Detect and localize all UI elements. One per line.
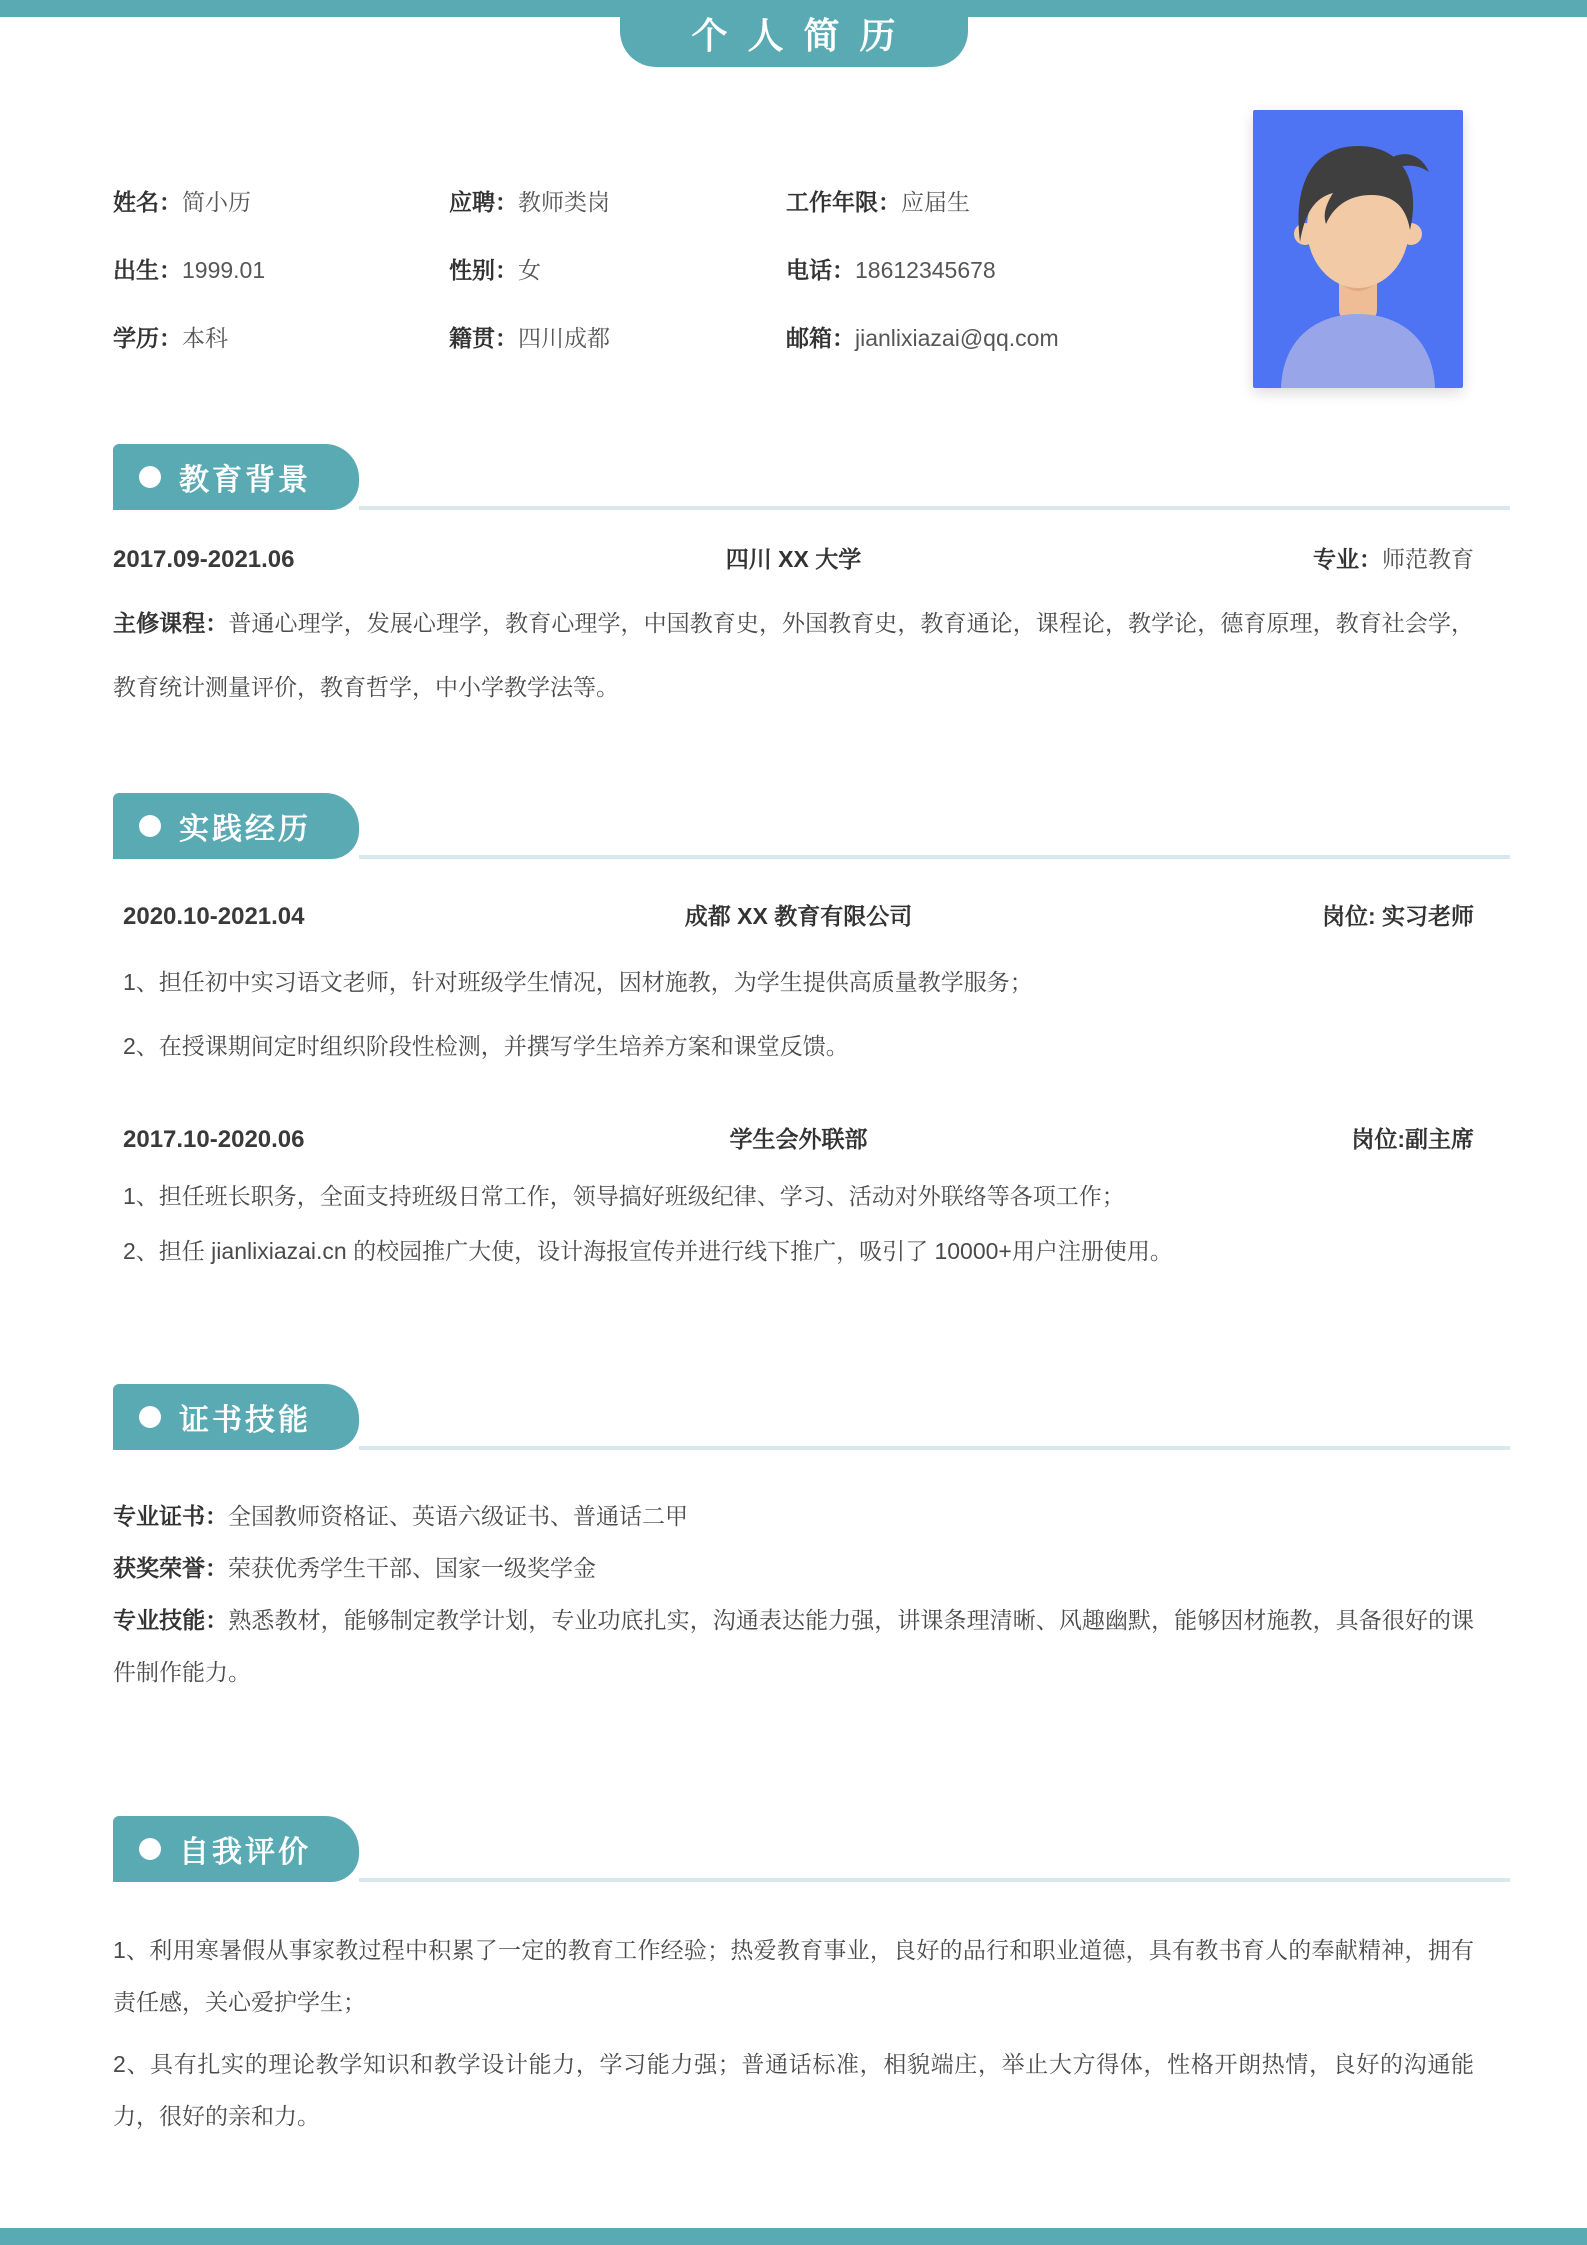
certificate-item-label: 专业证书：: [113, 1503, 228, 1529]
field-phone-label: 电话：: [786, 257, 855, 283]
experience-entry: 2017.10-2020.06 学生会外联部 岗位:副主席 1、担任班长职务，全…: [113, 1124, 1474, 1279]
certificate-item: 获奖荣誉：荣获优秀学生干部、国家一级奖学金: [113, 1542, 1474, 1594]
field-hometown-value: 四川成都: [518, 325, 610, 351]
field-work-years-value: 应届生: [901, 189, 970, 215]
section-evaluation-title: 自我评价: [179, 1827, 311, 1871]
section-experience-title: 实践经历: [179, 804, 311, 848]
certificates-list: 专业证书：全国教师资格证、英语六级证书、普通话二甲 获奖荣誉：荣获优秀学生干部、…: [113, 1490, 1474, 1698]
experience-2-bullet: 2、担任 jianlixiazai.cn 的校园推广大使，设计海报宣传并进行线下…: [123, 1224, 1474, 1279]
experience-2-bullets: 1、担任班长职务，全面支持班级日常工作，领导搞好班级纪律、学习、活动对外联络等各…: [123, 1169, 1474, 1279]
field-work-years-label: 工作年限：: [786, 189, 901, 215]
certificate-item: 专业技能：熟悉教材，能够制定教学计划，专业功底扎实，沟通表达能力强，讲课条理清晰…: [113, 1594, 1474, 1698]
section-certificates-header: 证书技能: [113, 1384, 1510, 1450]
field-hometown-label: 籍贯：: [449, 325, 518, 351]
section-bullet-icon: [139, 1406, 161, 1428]
section-certificates-title-box: 证书技能: [113, 1384, 359, 1450]
resume-page: 个人简历 姓名：简小历 应聘：教师类岗 工作年限：应届生 出生：1999.01 …: [0, 0, 1587, 2142]
bottom-border: [0, 2228, 1587, 2245]
avatar-illustration-icon: [1253, 110, 1463, 388]
experience-2-position: 岗位:副主席: [1351, 1124, 1474, 1154]
education-major-label: 专业：: [1313, 546, 1382, 572]
page-title: 个人简历: [619, 0, 967, 67]
education-school: 四川 XX 大学: [726, 544, 861, 574]
section-education-title: 教育背景: [179, 455, 311, 499]
section-divider-line: [359, 506, 1510, 510]
education-meta-row: 2017.09-2021.06 四川 XX 大学 专业：师范教育: [113, 544, 1474, 575]
experience-2-period: 2017.10-2020.06: [123, 1125, 730, 1155]
education-period: 2017.09-2021.06: [113, 545, 726, 575]
certificate-item-text: 荣获优秀学生干部、国家一级奖学金: [228, 1555, 596, 1581]
experience-1-bullet: 2、在授课期间定时组织阶段性检测，并撰写学生培养方案和课堂反馈。: [123, 1014, 1474, 1078]
section-education-title-box: 教育背景: [113, 444, 359, 510]
experience-2-meta-row: 2017.10-2020.06 学生会外联部 岗位:副主席: [123, 1124, 1474, 1155]
education-courses-label: 主修课程：: [113, 610, 228, 636]
education-courses-text: 普通心理学，发展心理学，教育心理学，中国教育史，外国教育史，教育通论，课程论，教…: [113, 610, 1474, 700]
experience-1-position: 岗位: 实习老师: [1322, 901, 1474, 931]
section-bullet-icon: [139, 1838, 161, 1860]
experience-2-organization: 学生会外联部: [730, 1124, 868, 1154]
education-courses: 主修课程：普通心理学，发展心理学，教育心理学，中国教育史，外国教育史，教育通论，…: [113, 591, 1474, 719]
field-email-label: 邮箱：: [786, 325, 855, 351]
field-phone-value: 18612345678: [855, 257, 996, 283]
field-degree-value: 本科: [182, 325, 228, 351]
section-divider-line: [359, 855, 1510, 859]
evaluation-paragraphs: 1、利用寒暑假从事家教过程中积累了一定的教育工作经验；热爱教育事业，良好的品行和…: [113, 1924, 1474, 2142]
section-experience-header: 实践经历: [113, 793, 1510, 859]
section-education: 教育背景 2017.09-2021.06 四川 XX 大学 专业：师范教育 主修…: [113, 444, 1474, 719]
section-experience: 实践经历 2020.10-2021.04 成都 XX 教育有限公司 岗位: 实习…: [113, 793, 1474, 1279]
field-degree-label: 学历：: [113, 325, 182, 351]
field-email: 邮箱：jianlixiazai@qq.com: [786, 304, 1243, 372]
field-email-value: jianlixiazai@qq.com: [855, 325, 1059, 351]
field-name: 姓名：简小历: [113, 168, 449, 236]
field-degree: 学历：本科: [113, 304, 449, 372]
section-evaluation-header: 自我评价: [113, 1816, 1510, 1882]
section-evaluation: 自我评价 1、利用寒暑假从事家教过程中积累了一定的教育工作经验；热爱教育事业，良…: [113, 1816, 1474, 2142]
section-divider-line: [359, 1446, 1510, 1450]
field-target-job-value: 教师类岗: [518, 189, 610, 215]
education-major-value: 师范教育: [1382, 546, 1474, 572]
field-target-job-label: 应聘：: [449, 189, 518, 215]
field-birth-label: 出生：: [113, 257, 182, 283]
experience-1-bullet: 1、担任初中实习语文老师，针对班级学生情况，因材施教，为学生提供高质量教学服务；: [123, 950, 1474, 1014]
section-bullet-icon: [139, 815, 161, 837]
experience-1-organization: 成都 XX 教育有限公司: [685, 901, 912, 931]
field-gender-value: 女: [518, 257, 541, 283]
field-birth: 出生：1999.01: [113, 236, 449, 304]
field-hometown: 籍贯：四川成都: [449, 304, 786, 372]
evaluation-paragraph: 2、具有扎实的理论教学知识和教学设计能力，学习能力强；普通话标准，相貌端庄，举止…: [113, 2038, 1474, 2142]
section-education-header: 教育背景: [113, 444, 1510, 510]
field-name-label: 姓名：: [113, 189, 182, 215]
field-name-value: 简小历: [182, 189, 251, 215]
evaluation-paragraph: 1、利用寒暑假从事家教过程中积累了一定的教育工作经验；热爱教育事业，良好的品行和…: [113, 1924, 1474, 2028]
experience-1-bullets: 1、担任初中实习语文老师，针对班级学生情况，因材施教，为学生提供高质量教学服务；…: [123, 950, 1474, 1078]
page-title-text: 个人简历: [671, 8, 915, 59]
field-target-job: 应聘：教师类岗: [449, 168, 786, 236]
certificate-item: 专业证书：全国教师资格证、英语六级证书、普通话二甲: [113, 1490, 1474, 1542]
field-birth-value: 1999.01: [182, 257, 265, 283]
section-divider-line: [359, 1878, 1510, 1882]
personal-info: 姓名：简小历 应聘：教师类岗 工作年限：应届生 出生：1999.01 性别：女 …: [113, 168, 1243, 372]
section-certificates-title: 证书技能: [179, 1395, 311, 1439]
field-phone: 电话：18612345678: [786, 236, 1243, 304]
certificate-item-label: 获奖荣誉：: [113, 1555, 228, 1581]
certificate-item-text: 熟悉教材，能够制定教学计划，专业功底扎实，沟通表达能力强，讲课条理清晰、风趣幽默…: [113, 1607, 1474, 1685]
experience-2-bullet: 1、担任班长职务，全面支持班级日常工作，领导搞好班级纪律、学习、活动对外联络等各…: [123, 1169, 1474, 1224]
field-gender: 性别：女: [449, 236, 786, 304]
certificate-item-text: 全国教师资格证、英语六级证书、普通话二甲: [228, 1503, 688, 1529]
experience-1-period: 2020.10-2021.04: [123, 902, 685, 932]
avatar: [1253, 110, 1463, 388]
field-gender-label: 性别：: [449, 257, 518, 283]
section-bullet-icon: [139, 466, 161, 488]
section-certificates: 证书技能 专业证书：全国教师资格证、英语六级证书、普通话二甲 获奖荣誉：荣获优秀…: [113, 1384, 1474, 1698]
experience-entry: 2020.10-2021.04 成都 XX 教育有限公司 岗位: 实习老师 1、…: [113, 901, 1474, 1078]
field-work-years: 工作年限：应届生: [786, 168, 1243, 236]
education-major: 专业：师范教育: [1313, 544, 1474, 574]
certificate-item-label: 专业技能：: [113, 1607, 228, 1633]
section-evaluation-title-box: 自我评价: [113, 1816, 359, 1882]
section-experience-title-box: 实践经历: [113, 793, 359, 859]
experience-1-meta-row: 2020.10-2021.04 成都 XX 教育有限公司 岗位: 实习老师: [123, 901, 1474, 932]
